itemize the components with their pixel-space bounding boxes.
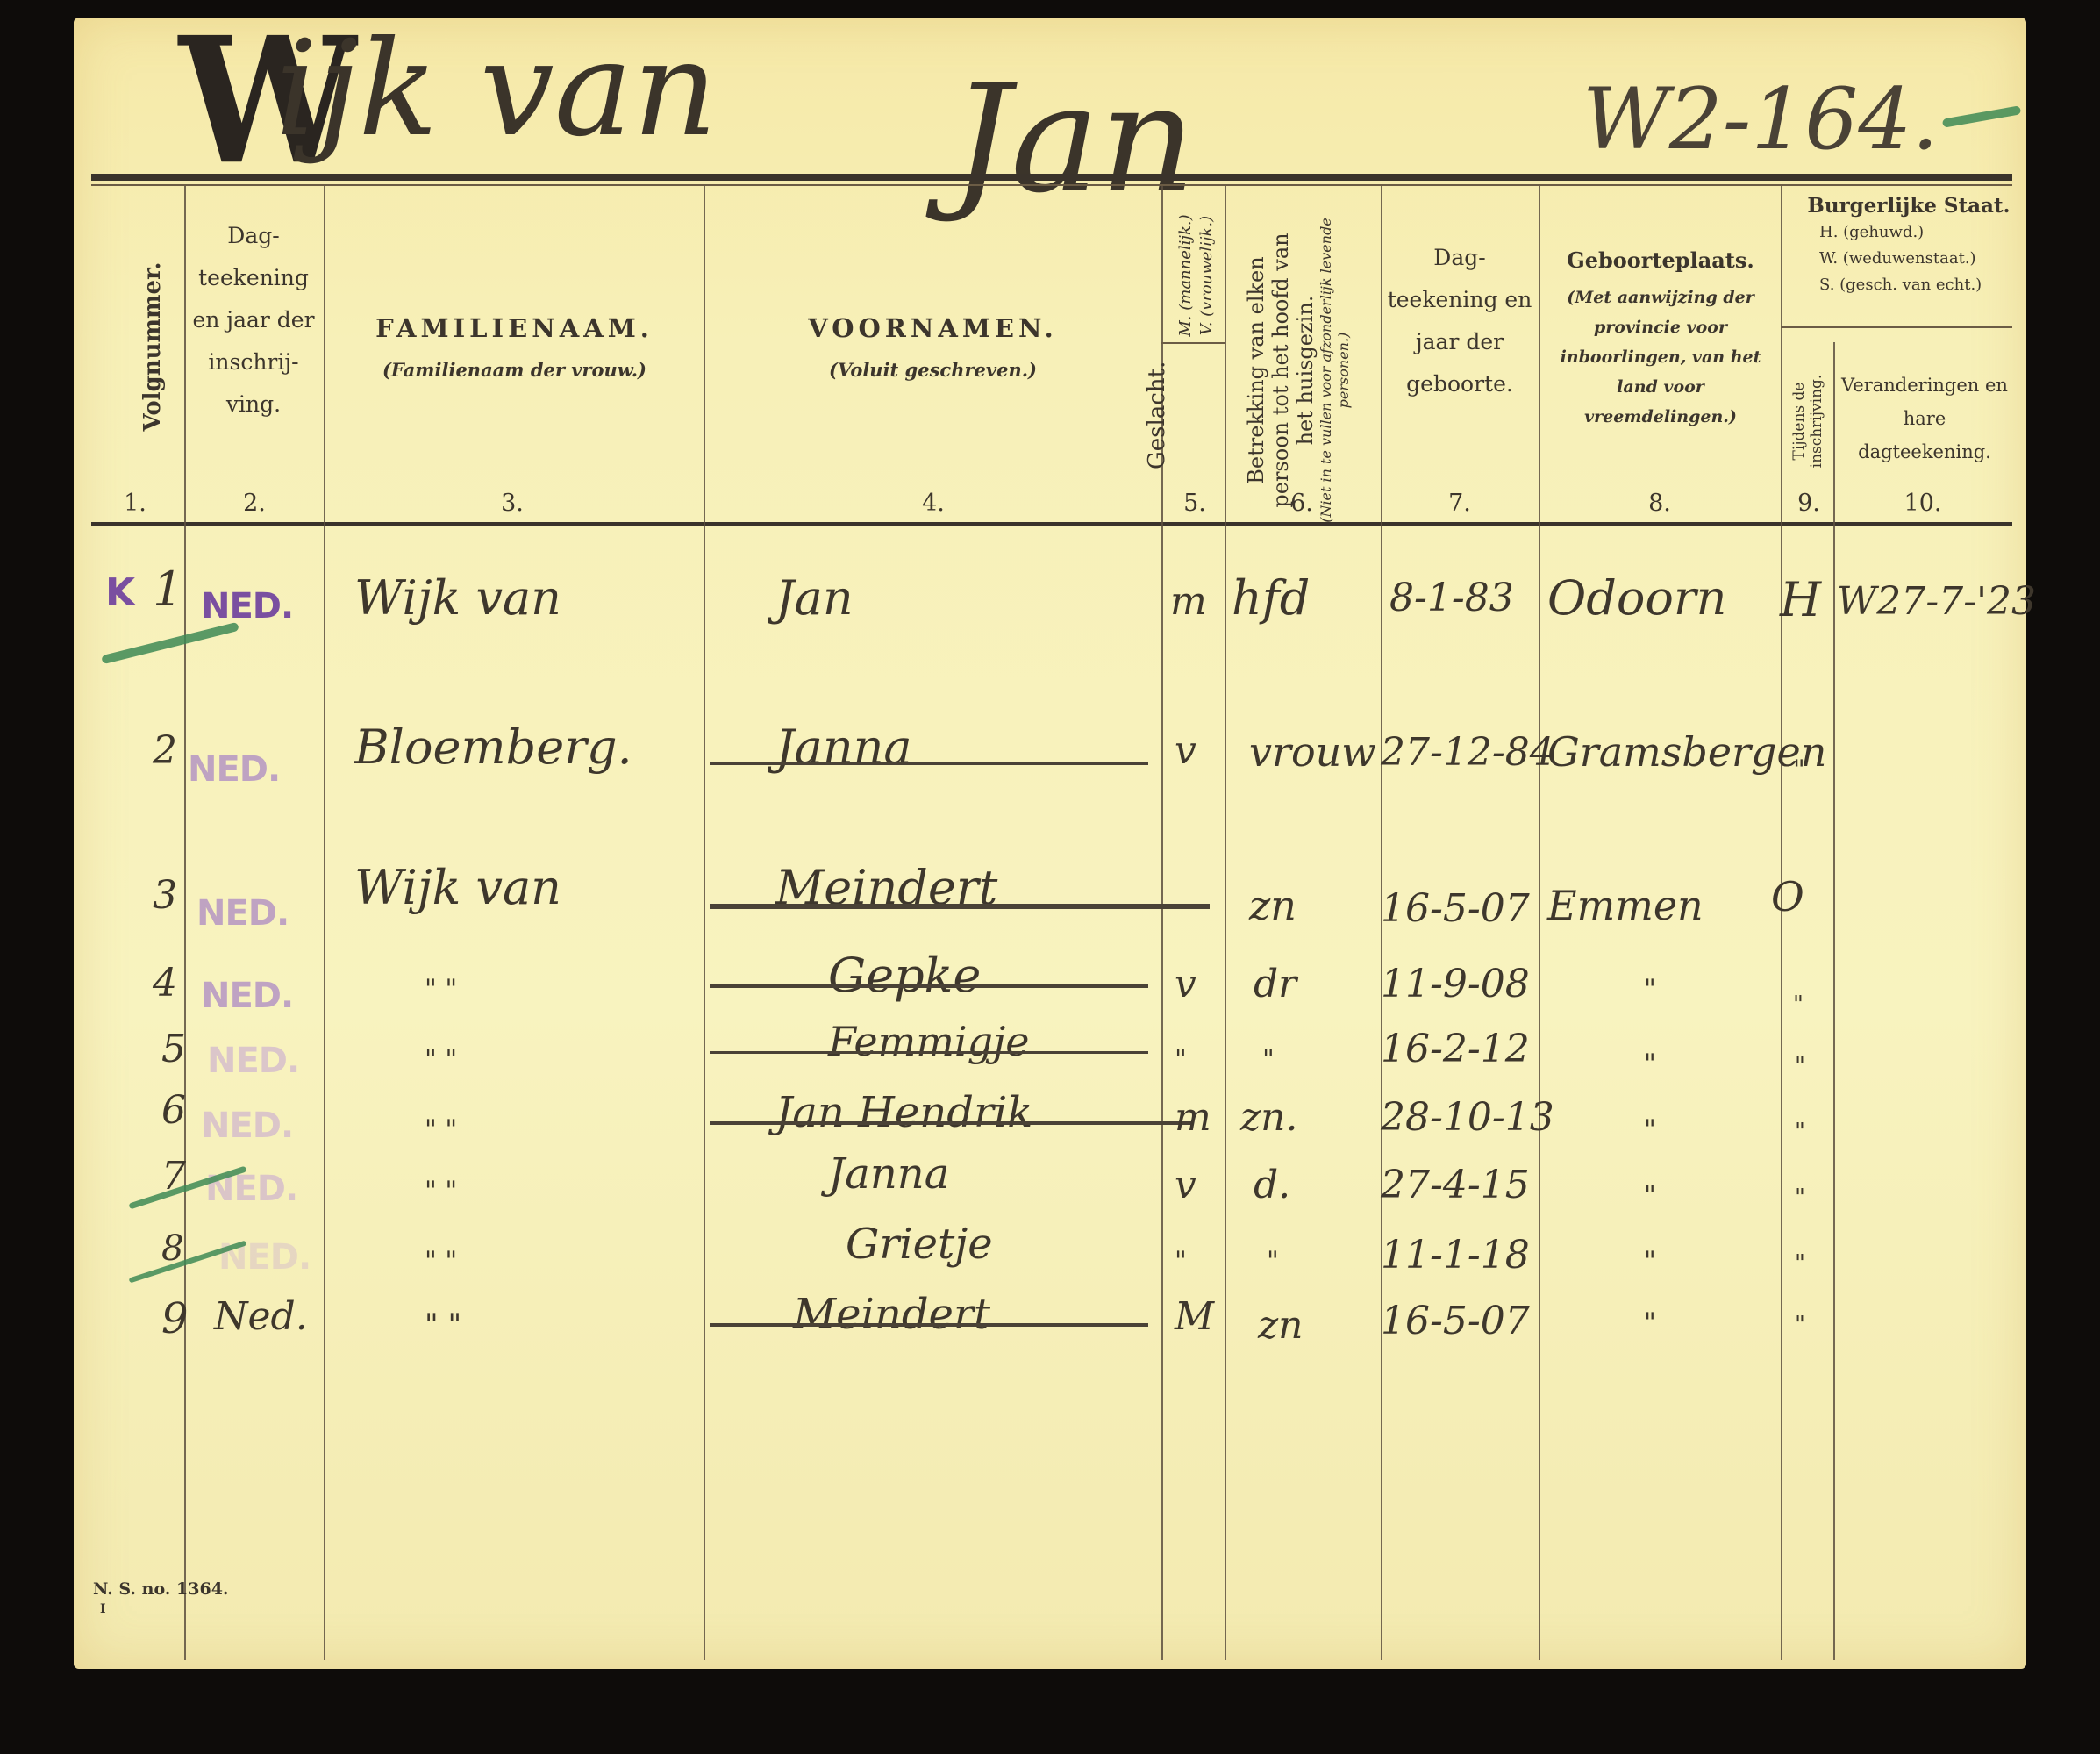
sex: v	[1175, 728, 1196, 773]
row-mark-k: K	[105, 570, 134, 615]
firstname: Janna	[775, 719, 912, 775]
birthplace: "	[1644, 1114, 1656, 1145]
civil-status: H	[1780, 572, 1821, 627]
header-burgerlijke-staat: Burgerlijke Staat. H. (gehuwd.) W. (wedu…	[1784, 193, 2025, 298]
gender-m-label: M. (mannelijk.)	[1175, 161, 1196, 390]
header-col-6: Betrekking van elken persoon tot het hoo…	[1244, 212, 1353, 528]
surname: Wijk van	[354, 860, 561, 915]
relation: "	[1267, 1246, 1279, 1277]
nationality-stamp: NED.	[207, 1041, 299, 1081]
nationality-handwritten: Ned.	[214, 1294, 308, 1339]
row-number: 1	[153, 562, 182, 617]
sex: m	[1175, 1095, 1211, 1140]
civil-status: "	[1795, 1119, 1805, 1145]
sex: v	[1175, 962, 1196, 1006]
birth-date: 28-10-13	[1381, 1095, 1554, 1140]
col-number-6: 6.	[1275, 490, 1328, 517]
col-number-7: 7.	[1433, 490, 1486, 517]
sex: "	[1175, 1044, 1187, 1075]
civil-status: "	[1795, 1312, 1805, 1338]
green-pencil-mark	[1942, 105, 2021, 127]
col-divider-7	[1539, 186, 1540, 1660]
col-divider-5	[1225, 186, 1226, 1660]
strikethrough-line	[710, 904, 1210, 909]
firstname: Meindert	[793, 1290, 990, 1339]
header-col-8: Geboorteplaats. (Met aanwijzing der prov…	[1543, 246, 1778, 432]
nationality-stamp: NED.	[218, 1237, 311, 1278]
birthplace: "	[1644, 1049, 1656, 1079]
nationality-stamp: NED.	[201, 1106, 293, 1146]
col-number-3: 3.	[486, 490, 539, 517]
relation: hfd	[1232, 570, 1310, 626]
green-pencil-mark	[101, 622, 239, 664]
form-sub-number: I	[100, 1602, 106, 1616]
birth-date: 11-1-18	[1381, 1233, 1530, 1278]
birthplace: Odoorn	[1547, 570, 1726, 626]
header-col-3: FAMILIENAAM. (Familienaam der vrouw.)	[328, 307, 701, 391]
header-col-5: Geslacht.	[1144, 364, 1170, 469]
col-number-4: 4.	[907, 490, 960, 517]
col-number-2: 2.	[228, 490, 281, 517]
row-number: 6	[161, 1088, 186, 1133]
firstname: Jan	[775, 570, 854, 626]
header-col-4: VOORNAMEN. (Voluit geschreven.)	[707, 307, 1159, 391]
civil-status: O	[1771, 873, 1804, 920]
firstname: Jan Hendrik	[775, 1088, 1032, 1137]
surname: Bloemberg.	[354, 719, 632, 775]
birthplace: "	[1644, 1180, 1656, 1211]
gender-v-label: V. (vrouwelijk.)	[1196, 161, 1218, 390]
relation: vrouw	[1249, 728, 1376, 776]
relation: zn	[1258, 1303, 1304, 1348]
sex: M	[1175, 1294, 1214, 1339]
header-col-2: Dag- teekening en jaar der inschrij- vin…	[188, 215, 319, 426]
relation: zn	[1249, 882, 1296, 929]
strikethrough-line	[710, 1121, 1192, 1125]
birthplace: "	[1644, 1307, 1656, 1338]
changes: W27-7-'23	[1837, 579, 2036, 624]
firstname: Grietje	[846, 1220, 993, 1269]
relation: d.	[1254, 1163, 1290, 1207]
row-number: 3	[153, 873, 177, 918]
col-number-9: 9.	[1782, 490, 1835, 517]
burgerlijke-staat-s: S. (gesch. van echt.)	[1793, 272, 2025, 298]
birthplace: Gramsbergen	[1547, 728, 1826, 776]
sex: m	[1170, 579, 1207, 624]
header-col-9: Tijdens de inschrijving.	[1790, 355, 1825, 487]
firstname: Gepke	[828, 948, 981, 1003]
col-number-8: 8.	[1633, 490, 1686, 517]
header-col-8-sub: (Met aanwijzing der provincie voor inboo…	[1543, 283, 1778, 432]
col-number-5: 5.	[1168, 490, 1221, 517]
row-number: 2	[153, 728, 177, 773]
civil-status: "	[1795, 1250, 1805, 1277]
header-top-rule	[91, 174, 2012, 181]
header-bottom-rule	[91, 522, 2012, 526]
header-col-4-sub: (Voluit geschreven.)	[707, 349, 1159, 391]
strikethrough-line	[710, 1323, 1148, 1327]
sex: "	[1175, 1246, 1187, 1277]
relation: "	[1262, 1044, 1275, 1075]
col-divider-3	[704, 186, 705, 1660]
birth-date: 27-4-15	[1381, 1163, 1530, 1207]
strikethrough-line	[710, 984, 1148, 988]
header-col-8-title: Geboorteplaats.	[1543, 246, 1778, 276]
row-number: 5	[161, 1027, 186, 1071]
nationality-stamp: NED.	[201, 586, 293, 626]
firstname: Janna	[828, 1149, 949, 1199]
header-col-1: Volgnummer.	[139, 250, 166, 443]
header-col-7: Dag- teekening en jaar der geboorte.	[1385, 237, 1534, 405]
burgerlijke-staat-w: W. (weduwenstaat.)	[1793, 246, 2025, 272]
surname: " "	[425, 1176, 457, 1206]
relation: dr	[1254, 962, 1296, 1006]
sex: v	[1175, 1163, 1196, 1207]
civil-status: "	[1795, 1185, 1805, 1211]
relation: zn.	[1240, 1095, 1298, 1140]
header-col-6-sub: (Niet in te vullen voor afzonderlijk lev…	[1318, 212, 1353, 528]
col-divider-1	[184, 186, 186, 1660]
title-handwritten-firstname: Jan	[951, 53, 1196, 226]
birth-date: 16-5-07	[1381, 1299, 1530, 1343]
reference-code: W2-164.	[1582, 70, 1939, 168]
firstname: Femmigje	[828, 1018, 1030, 1065]
birth-date: 16-2-12	[1381, 1027, 1530, 1071]
nationality-stamp: NED.	[188, 749, 280, 790]
strikethrough-line	[710, 762, 1148, 765]
civil-status: "	[1793, 992, 1804, 1018]
surname: Wijk van	[354, 570, 561, 626]
burgerlijke-staat-h: H. (gehuwd.)	[1793, 219, 2025, 246]
row-number: 9	[161, 1294, 189, 1343]
nationality-stamp: NED.	[201, 976, 293, 1016]
surname: " "	[425, 1307, 461, 1342]
col-number-1: 1.	[109, 490, 161, 517]
header-col-3-title: FAMILIENAAM.	[328, 307, 701, 349]
col-divider-9	[1833, 342, 1835, 1660]
birthplace: "	[1644, 1246, 1656, 1277]
nationality-stamp: NED.	[196, 893, 289, 934]
birth-date: 8-1-83	[1389, 576, 1514, 620]
birth-date: 11-9-08	[1381, 962, 1530, 1006]
row-number: 4	[153, 961, 177, 1006]
header-col-10: Veranderingen en hare dagteekening.	[1837, 369, 2012, 469]
birthplace: Emmen	[1547, 882, 1704, 929]
strikethrough-line	[710, 1051, 1148, 1054]
header-top-rule-thin	[91, 184, 2012, 186]
surname: " "	[425, 1044, 457, 1075]
col-divider-8	[1781, 186, 1782, 1660]
form-number: N. S. no. 1364.	[93, 1579, 229, 1599]
col-number-10: 10.	[1896, 490, 1949, 517]
register-card: W ijk van Jan W2-164. Volgnummer. Dag- t…	[74, 18, 2026, 1669]
surname: " "	[425, 974, 457, 1005]
header-col-3-sub: (Familienaam der vrouw.)	[328, 349, 701, 391]
birth-date: 16-5-07	[1381, 886, 1530, 931]
header-col-4-title: VOORNAMEN.	[707, 307, 1159, 349]
surname: " "	[425, 1246, 457, 1277]
col-divider-2	[324, 186, 325, 1660]
title-handwritten-surname: ijk van	[275, 13, 718, 166]
birthplace: "	[1644, 974, 1656, 1005]
surname: " "	[425, 1114, 457, 1145]
birth-date: 27-12-84	[1381, 730, 1554, 775]
header-col-5-sub: M. (mannelijk.)V. (vrouwelijk.)	[1175, 161, 1218, 390]
status-sub-rule	[1781, 326, 2012, 328]
burgerlijke-staat-title: Burgerlijke Staat.	[1793, 193, 2025, 219]
civil-status: "	[1793, 755, 1805, 785]
header-col-6-title: Betrekking van elken persoon tot het hoo…	[1244, 212, 1318, 528]
civil-status: "	[1795, 1053, 1805, 1079]
